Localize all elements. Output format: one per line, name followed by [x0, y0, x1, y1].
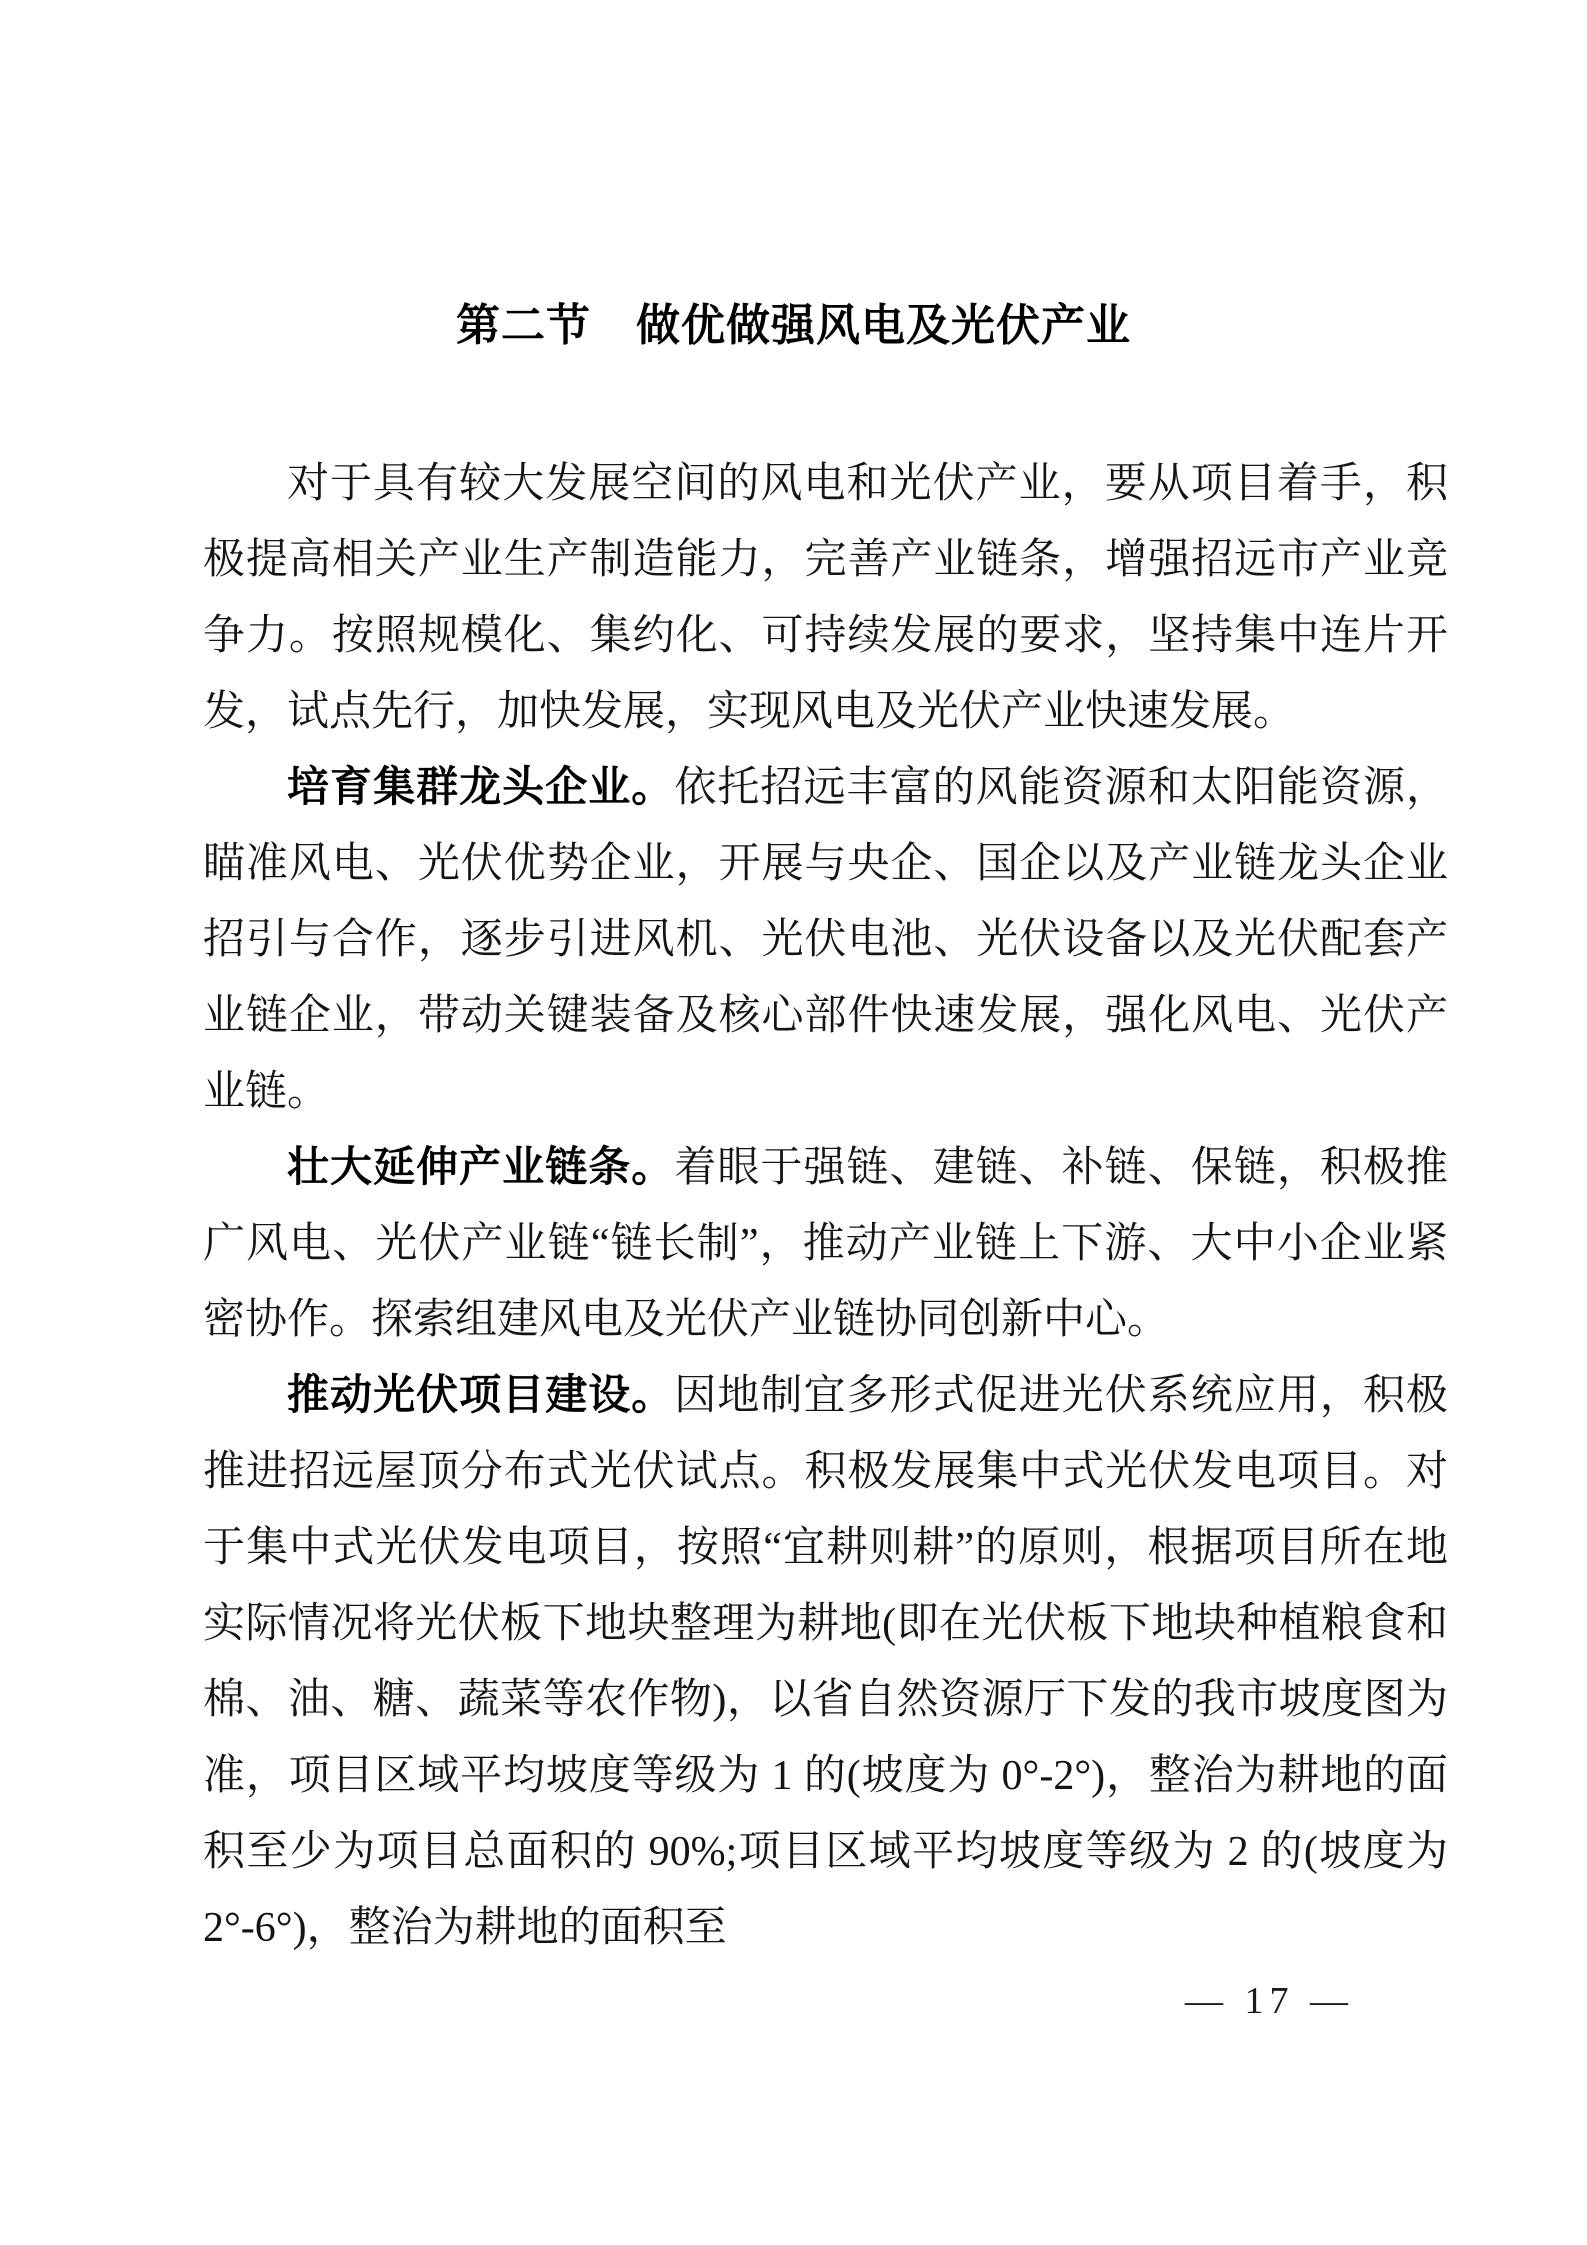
paragraph-lead: 推动光伏项目建设。 — [287, 1373, 674, 1419]
paragraph-lead: 壮大延伸产业链条。 — [287, 1145, 674, 1191]
paragraph-lead: 培育集群龙头企业。 — [287, 765, 674, 811]
document-page: 第二节 做优做强风电及光伏产业 对于具有较大发展空间的风电和光伏产业，要从项目着… — [0, 0, 1587, 2245]
paragraph: 推动光伏项目建设。因地制宜多形式促进光伏系统应用，积极推进招远屋顶分布式光伏试点… — [203, 1358, 1448, 1966]
section-title: 第二节 做优做强风电及光伏产业 — [0, 0, 1587, 350]
paragraph-text: 对于具有较大发展空间的风电和光伏产业，要从项目着手，积极提高相关产业生产制造能力… — [203, 461, 1448, 735]
paragraph: 壮大延伸产业链条。着眼于强链、建链、补链、保链，积极推广风电、光伏产业链“链长制… — [203, 1130, 1448, 1358]
paragraph-text: 依托招远丰富的风能资源和太阳能资源，瞄准风电、光伏优势企业，开展与央企、国企以及… — [203, 765, 1448, 1115]
paragraph: 对于具有较大发展空间的风电和光伏产业，要从项目着手，积极提高相关产业生产制造能力… — [203, 446, 1448, 750]
paragraph: 培育集群龙头企业。依托招远丰富的风能资源和太阳能资源，瞄准风电、光伏优势企业，开… — [203, 750, 1448, 1130]
paragraph-text: 因地制宜多形式促进光伏系统应用，积极推进招远屋顶分布式光伏试点。积极发展集中式光… — [203, 1373, 1448, 1951]
page-number: — 17 — — [1185, 1980, 1354, 2022]
document-body: 对于具有较大发展空间的风电和光伏产业，要从项目着手，积极提高相关产业生产制造能力… — [203, 446, 1448, 1966]
